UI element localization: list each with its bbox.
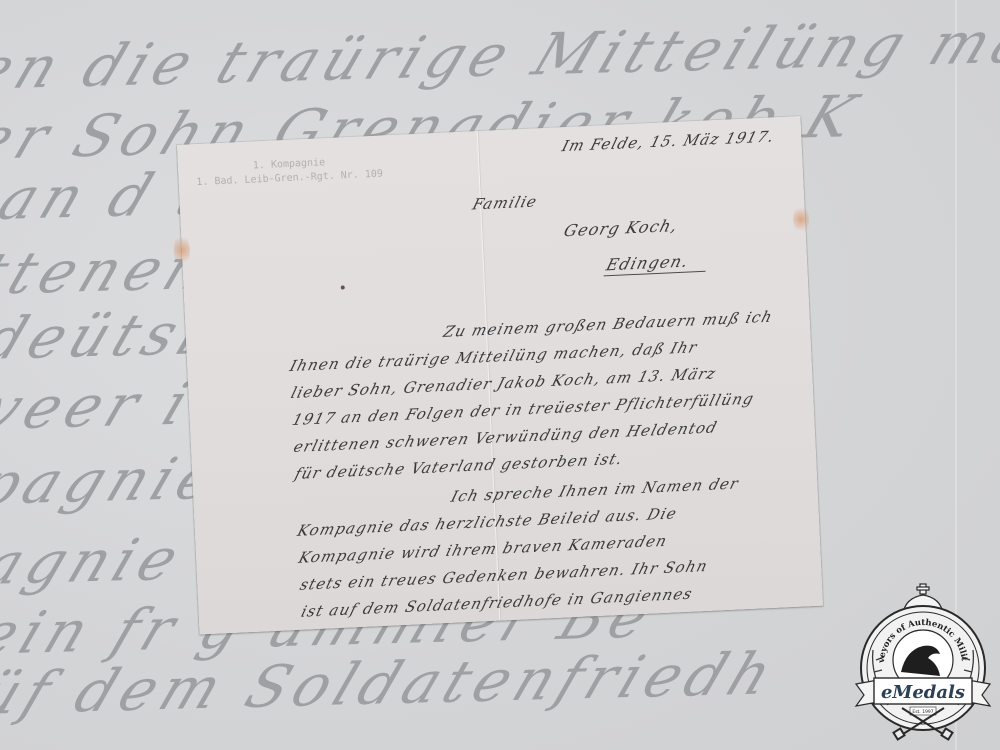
salutation: Familie (470, 192, 539, 213)
ink-spot (341, 285, 345, 289)
body-line: Zu meinem großen Bedauern muß ich (441, 308, 775, 341)
emedals-logo: Purveyors of Authentic Militaria eMedals… (848, 580, 998, 745)
foxing-stain (173, 233, 191, 268)
svg-text:Est. 1997: Est. 1997 (912, 709, 933, 715)
place-date: Im Felde, 15. Mäz 1917. (560, 127, 777, 155)
letter-sheet: 1. Kompagnie 1. Bad. Leib-Gren.-Rgt. Nr.… (177, 116, 823, 634)
company-stamp: 1. Kompagnie 1. Bad. Leib-Gren.-Rgt. Nr.… (194, 153, 385, 190)
emedals-crest-icon: Purveyors of Authentic Militaria eMedals… (848, 580, 998, 745)
recipient-name: Georg Koch, (562, 216, 681, 241)
recipient-place: Edingen. (604, 250, 712, 276)
brand-name: eMedals (881, 682, 965, 703)
background-text-line: veer i (0, 370, 204, 443)
body-line: für deütsche Vaterland gestorben ist. (293, 450, 626, 483)
